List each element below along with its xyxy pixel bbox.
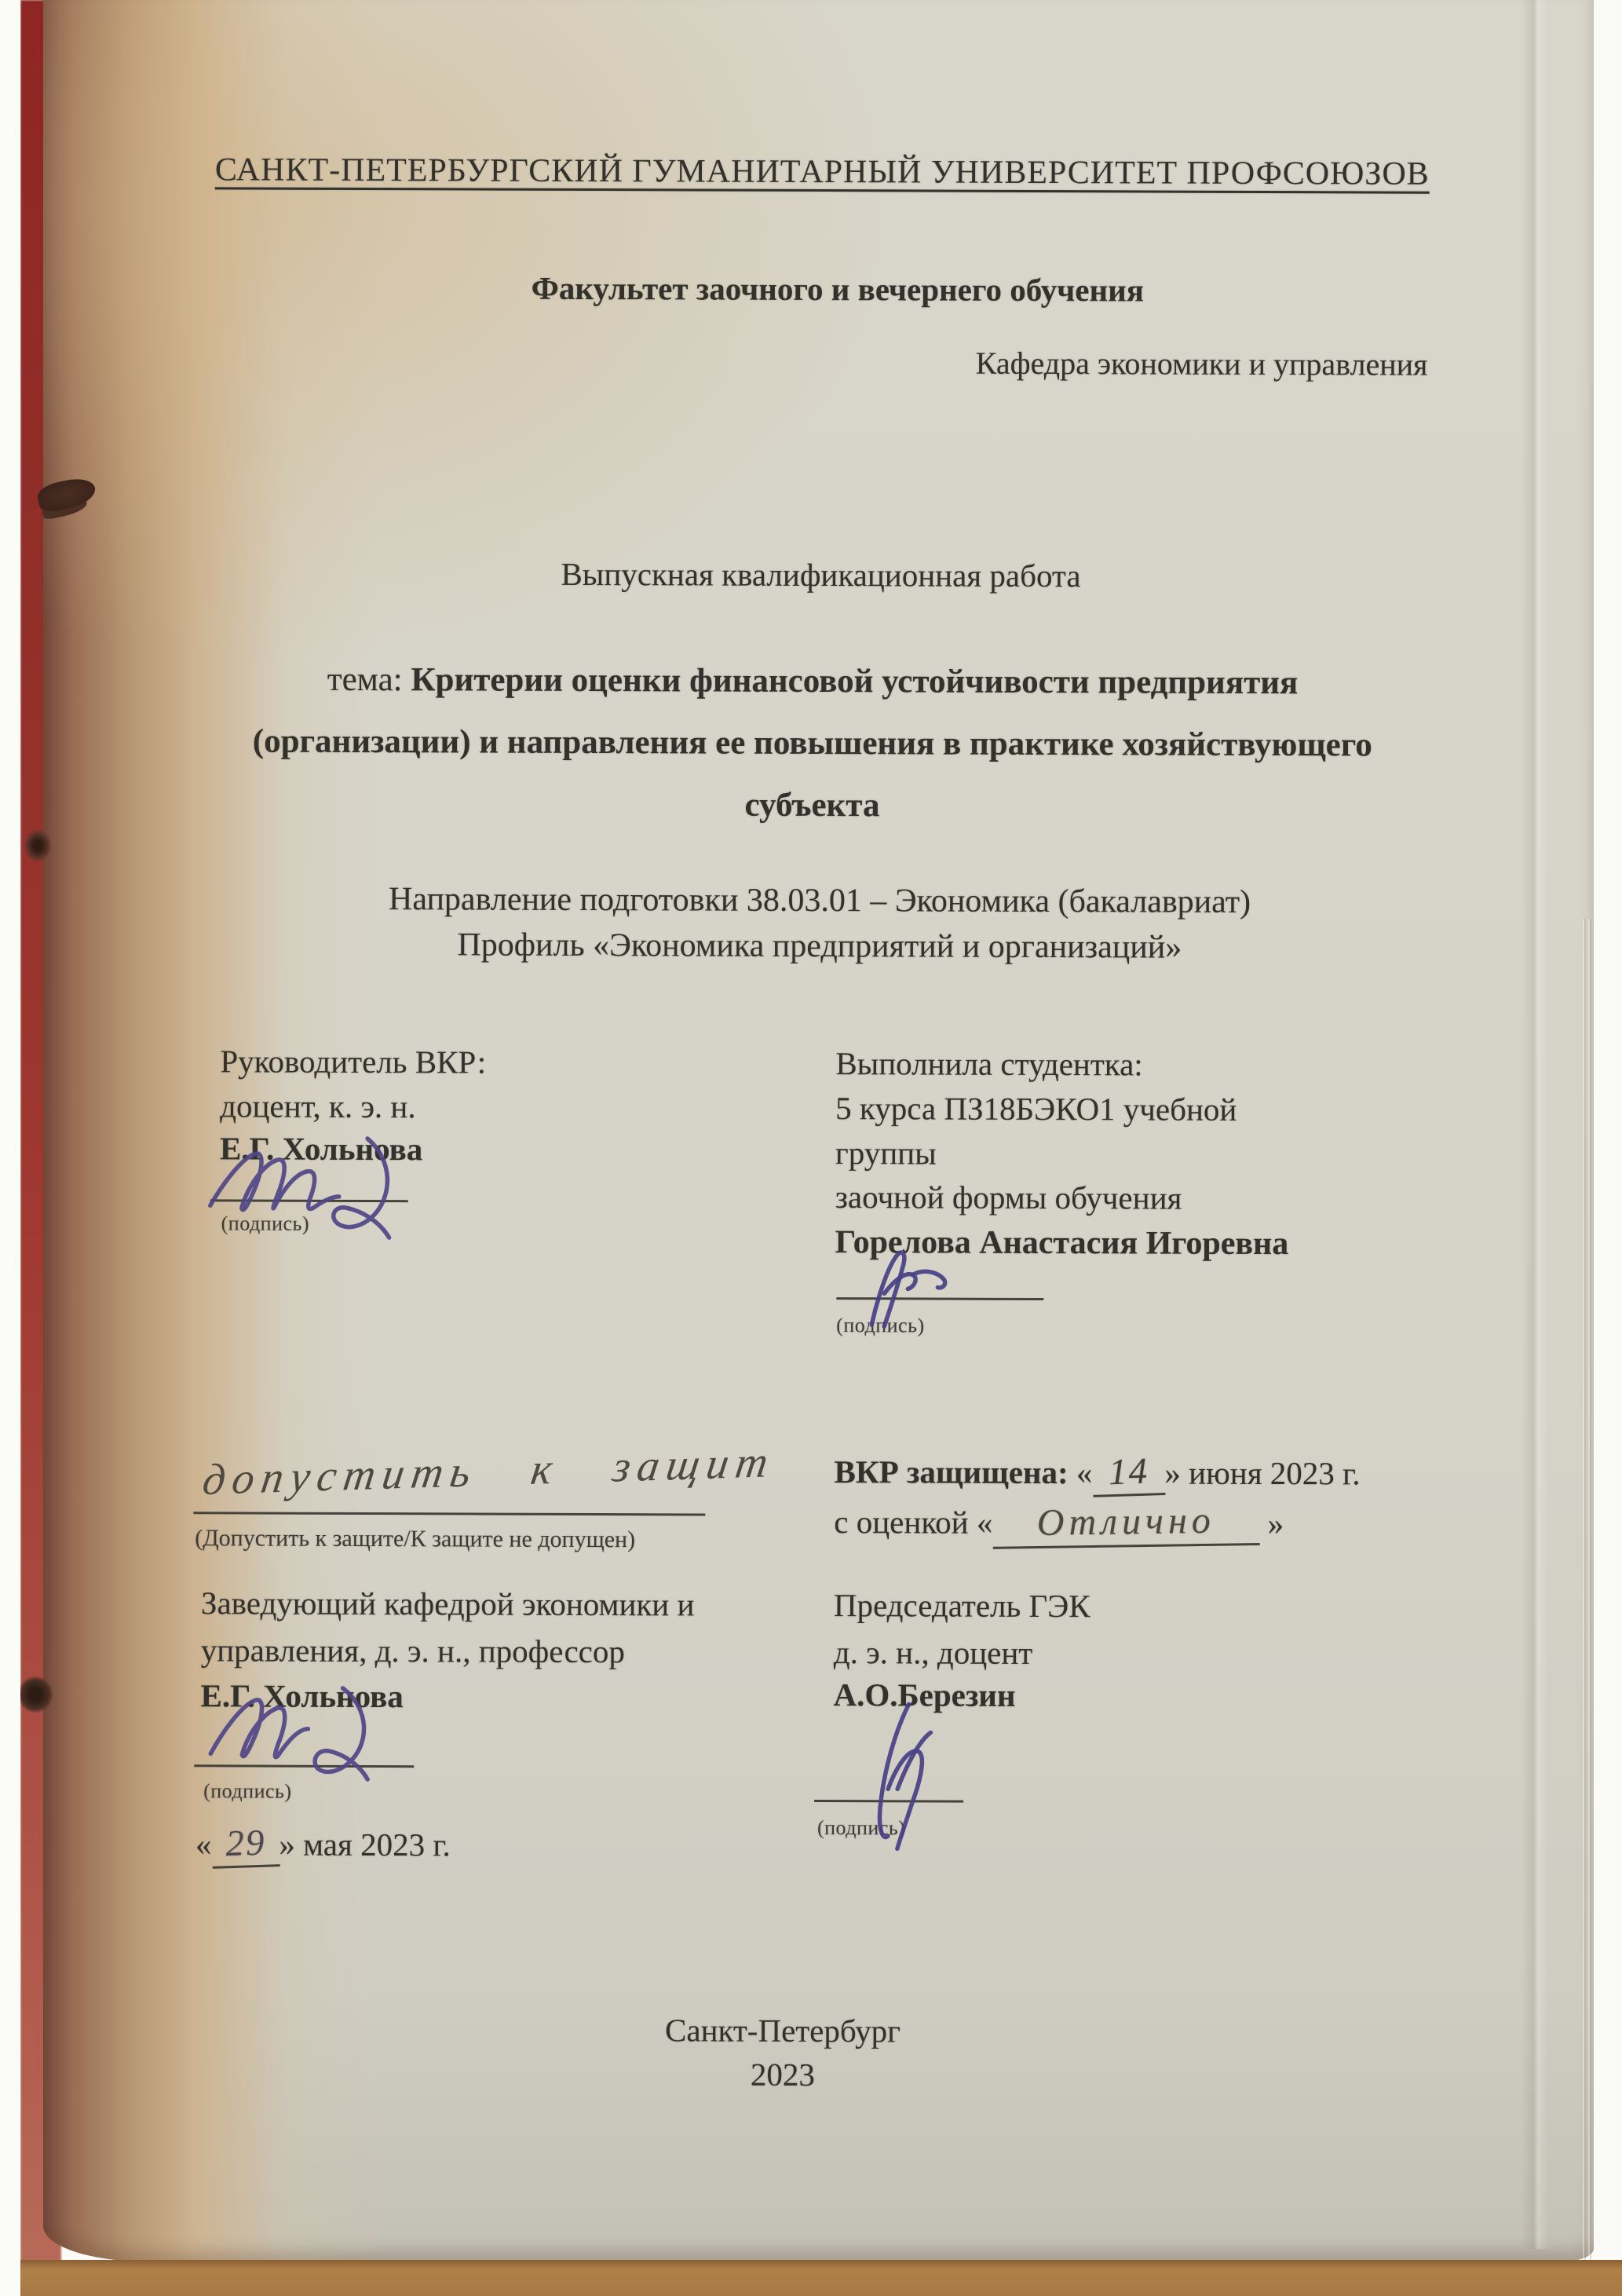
dept-head-signature	[198, 1678, 457, 1789]
dept-head-date-line: «29» мая 2023 г.	[195, 1821, 451, 1869]
footer-year: 2023	[11, 2053, 1554, 2097]
thesis-topic: тема: Критерии оценки финансовой устойчи…	[213, 648, 1412, 838]
university-name: САНКТ-ПЕТЕРБУРГСКИЙ ГУМАНИТАРНЫЙ УНИВЕРС…	[50, 150, 1594, 195]
supervisor-degree: доцент, к. э. н.	[220, 1087, 416, 1126]
faculty-name: Факультет заочного и вечернего обучения	[50, 268, 1594, 312]
supervisor-role: Руководитель ВКР:	[220, 1042, 486, 1081]
topic-line1: Критерии оценки финансовой устойчивости …	[411, 661, 1298, 701]
topic-label: тема:	[327, 661, 403, 698]
defense-grade-handwritten: Отлично	[992, 1497, 1260, 1548]
defense-quote-close: »	[1268, 1505, 1284, 1541]
student-label: Выполнила студентка:	[835, 1044, 1143, 1084]
program-profile: Профиль «Экономика предприятий и организ…	[48, 924, 1591, 969]
topic-line3: субъекта	[744, 787, 879, 824]
dept-head-day-handwritten: 29	[210, 1820, 279, 1869]
admission-caption: (Допустить к защите/К защите не допущен)	[195, 1524, 635, 1554]
defense-grade-prefix: с оценкой «	[834, 1504, 992, 1541]
defense-quote-open: «	[1076, 1454, 1093, 1490]
topic-line2: (организации) и направления ее повышения…	[253, 723, 1372, 764]
chairman-signature	[831, 1695, 997, 1860]
student-group-line2: группы	[835, 1134, 937, 1173]
admission-handwritten-note: допустить к защит	[199, 1436, 779, 1507]
defense-date-line: ВКР защищена: «14» июня 2023 г.	[834, 1449, 1360, 1497]
chairman-line2: д. э. н., доцент	[834, 1633, 1033, 1673]
defense-day-handwritten: 14	[1092, 1449, 1166, 1497]
work-type: Выпускная квалификационная работа	[49, 554, 1592, 598]
student-group-line1: 5 курса ПЗ18БЭКО1 учебной	[835, 1089, 1237, 1129]
dept-head-date-open: «	[195, 1826, 212, 1862]
supervisor-signature	[196, 1127, 456, 1245]
student-signature	[820, 1237, 1000, 1340]
program-direction: Направление подготовки 38.03.01 – Эконом…	[48, 879, 1591, 923]
dept-head-line2: управления, д. э. н., профессор	[201, 1631, 625, 1671]
student-group-line3: заочной формы обучения	[835, 1178, 1182, 1218]
defense-date-rest: » июня 2023 г.	[1164, 1455, 1360, 1492]
defense-label: ВКР защищена:	[834, 1453, 1068, 1490]
university-name-text: САНКТ-ПЕТЕРБУРГСКИЙ ГУМАНИТАРНЫЙ УНИВЕРС…	[215, 152, 1430, 192]
chairman-line1: Председатель ГЭК	[834, 1586, 1090, 1625]
defense-grade-line: с оценкой «Отлично »	[834, 1498, 1284, 1548]
footer-city: Санкт-Петербург	[11, 2009, 1554, 2053]
dept-head-date-rest: » мая 2023 г.	[279, 1826, 451, 1863]
admission-line	[193, 1512, 705, 1515]
dept-head-line1: Заведующий кафедрой экономики и	[201, 1584, 695, 1624]
department-name: Кафедра экономики и управления	[787, 344, 1427, 384]
photographed-thesis-title-page: САНКТ-ПЕТЕРБУРГСКИЙ ГУМАНИТАРНЫЙ УНИВЕРС…	[0, 0, 1622, 2296]
title-page-content: САНКТ-ПЕТЕРБУРГСКИЙ ГУМАНИТАРНЫЙ УНИВЕРС…	[0, 0, 1622, 2296]
